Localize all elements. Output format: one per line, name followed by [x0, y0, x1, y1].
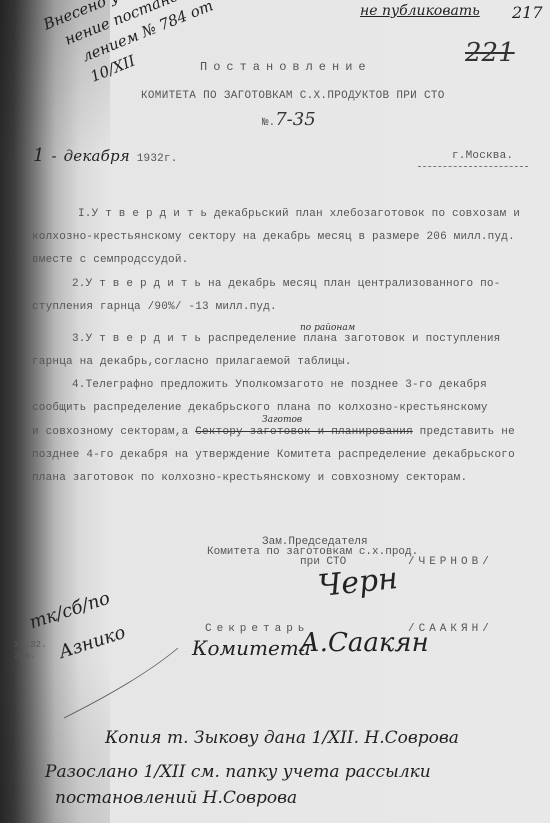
stamp-line: Зак.	[14, 651, 46, 662]
item-4-line-3: и совхозному секторам,а Сектору заготово…	[32, 426, 515, 438]
item-4-line-1: 4.Телеграфно предложить Уполкомзагото не…	[72, 379, 487, 391]
page-number: 217	[512, 3, 543, 22]
document-date: 1 - декабря 1932г.	[33, 145, 178, 166]
city-underline	[418, 166, 528, 167]
line-part-after: представить не	[413, 426, 515, 438]
item-2-line-2: ступления гарнца /90%/ -13 милл.пуд.	[32, 301, 277, 313]
handwritten-corner-note: Внесено уточ нение постанов лением № 784…	[40, 0, 258, 97]
item-4-line-4: позднее 4-го декабря на утверждение Коми…	[32, 449, 515, 461]
struck-text: Сектору заготовок и планирования	[195, 426, 413, 438]
handwritten-insertion-po-rayonam: по районам	[300, 323, 355, 333]
old-page-number: 221	[465, 38, 515, 68]
line-part-before: и совхозному секторам,а	[32, 426, 195, 438]
item-1-line-2: колхозно-крестьянскому сектору на декабр…	[32, 231, 515, 243]
footer-note-decrees: постановлений Н.Соврова	[55, 788, 297, 808]
margin-handwriting-1: тк/сб/по	[27, 588, 113, 634]
item-1-line-1: I.У т в е р д и т ь декабрьский план хле…	[78, 208, 520, 220]
document-subtitle: КОМИТЕТА ПО ЗАГОТОВКАМ С.Х.ПРОДУКТОВ ПРИ…	[141, 90, 445, 102]
margin-stamp: XI.32. Зак.	[14, 640, 46, 662]
document-title: Постановление	[200, 60, 372, 74]
secretary-signature: А.Саакян	[300, 628, 429, 658]
item-3-line-1: 3.У т в е р д и т ь распределение плана …	[72, 333, 500, 345]
deputy-signature: Черн	[316, 561, 399, 604]
date-year: 1932г.	[137, 153, 178, 165]
item-2-line-1: 2.У т в е р д и т ь на декабрь месяц пла…	[72, 278, 500, 290]
stamp-line: XI.32.	[14, 640, 46, 651]
item-1-line-3: вместе с семпродссудой.	[32, 254, 188, 266]
secretary-handwritten-committee: Комитета	[192, 636, 311, 660]
margin-pen-stroke	[60, 640, 180, 720]
item-4-line-2: сообщить распределение декабрьского план…	[32, 402, 488, 414]
date-separator: -	[51, 147, 56, 165]
footer-note-copy: Копия т. Зыкову дана 1/XII. Н.Соврова	[105, 728, 459, 748]
document-city: г.Москва.	[452, 150, 513, 162]
footer-note-sent: Разослано 1/XII см. папку учета рассылки	[45, 762, 431, 782]
date-month: декабря	[64, 147, 130, 165]
secretary-title: Секретарь	[205, 623, 309, 635]
number-prefix: №.	[262, 117, 275, 129]
item-3-line-2: гарнца на декабрь,согласно прилагаемой т…	[32, 356, 352, 368]
deputy-name: /ЧЕРНОВ/	[408, 556, 493, 568]
top-handwritten-note: не публиковать	[360, 3, 480, 19]
corner-note-line: лением № 784 от 10/XII	[79, 0, 259, 88]
document-number: №.7-35	[262, 109, 316, 130]
document-page: Внесено уточ нение постанов лением № 784…	[0, 0, 550, 823]
number-handwritten: 7-35	[275, 109, 315, 130]
item-4-line-5: плана заготовок по колхозно-крестьянском…	[32, 472, 467, 484]
date-day: 1	[33, 145, 45, 166]
handwritten-insertion-zagotov: Заготов	[262, 415, 302, 425]
